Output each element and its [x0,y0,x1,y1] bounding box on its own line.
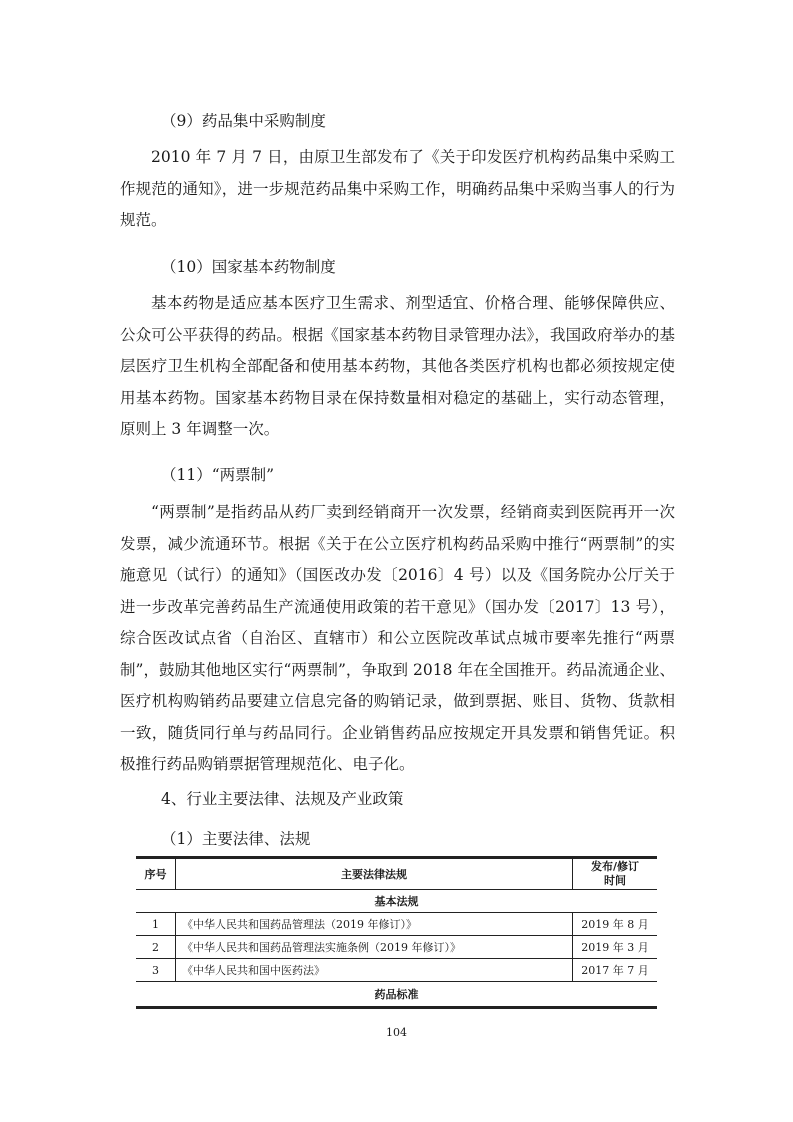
law-date: 2019 年 8 月 [573,913,658,936]
table-row: 3 《中华人民共和国中医药法》 2017 年 7 月 [136,959,657,982]
section-11-heading: （11）“两票制” [161,465,274,485]
section-10-heading: （10）国家基本药物制度 [161,257,336,277]
section-9-paragraph: 2010 年 7 月 7 日，由原卫生部发布了《关于印发医疗机构药品集中采购工作… [120,142,675,237]
table-row: 1 《中华人民共和国药品管理法（2019 年修订）》 2019 年 8 月 [136,913,657,936]
law-date: 2017 年 7 月 [573,959,658,982]
row-number: 2 [136,936,176,959]
document-page: （9）药品集中采购制度 2010 年 7 月 7 日，由原卫生部发布了《关于印发… [0,0,793,1122]
law-name: 《中华人民共和国药品管理法（2019 年修订）》 [176,913,573,936]
section-4-heading: 4、行业主要法律、法规及产业政策 [161,789,403,809]
header-date: 发布/修订时间 [573,858,658,890]
law-name: 《中华人民共和国中医药法》 [176,959,573,982]
section-11-paragraph: “两票制”是指药品从药厂卖到经销商开一次发票，经销商卖到医院再开一次发票，减少流… [120,497,675,781]
table-header-row: 序号 主要法律法规 发布/修订时间 [136,858,657,890]
group-label: 基本法规 [136,890,657,913]
group-row-drug-standards: 药品标准 [136,982,657,1008]
section-10-paragraph: 基本药物是适应基本医疗卫生需求、剂型适宜、价格合理、能够保障供应、公众可公平获得… [120,288,675,446]
group-row-basic-laws: 基本法规 [136,890,657,913]
group-label: 药品标准 [136,982,657,1008]
laws-table: 序号 主要法律法规 发布/修订时间 基本法规 1 《中华人民共和国药品管理法（2… [136,856,657,1009]
table-row: 2 《中华人民共和国药品管理法实施条例（2019 年修订）》 2019 年 3 … [136,936,657,959]
law-date: 2019 年 3 月 [573,936,658,959]
section-9-heading: （9）药品集中采购制度 [161,111,326,131]
row-number: 1 [136,913,176,936]
header-law-name: 主要法律法规 [176,858,573,890]
header-serial-number: 序号 [136,858,176,890]
header-date-text: 发布/修订时间 [586,860,644,888]
subsection-1-heading: （1）主要法律、法规 [161,829,310,849]
row-number: 3 [136,959,176,982]
law-name: 《中华人民共和国药品管理法实施条例（2019 年修订）》 [176,936,573,959]
page-number: 104 [0,1026,793,1039]
